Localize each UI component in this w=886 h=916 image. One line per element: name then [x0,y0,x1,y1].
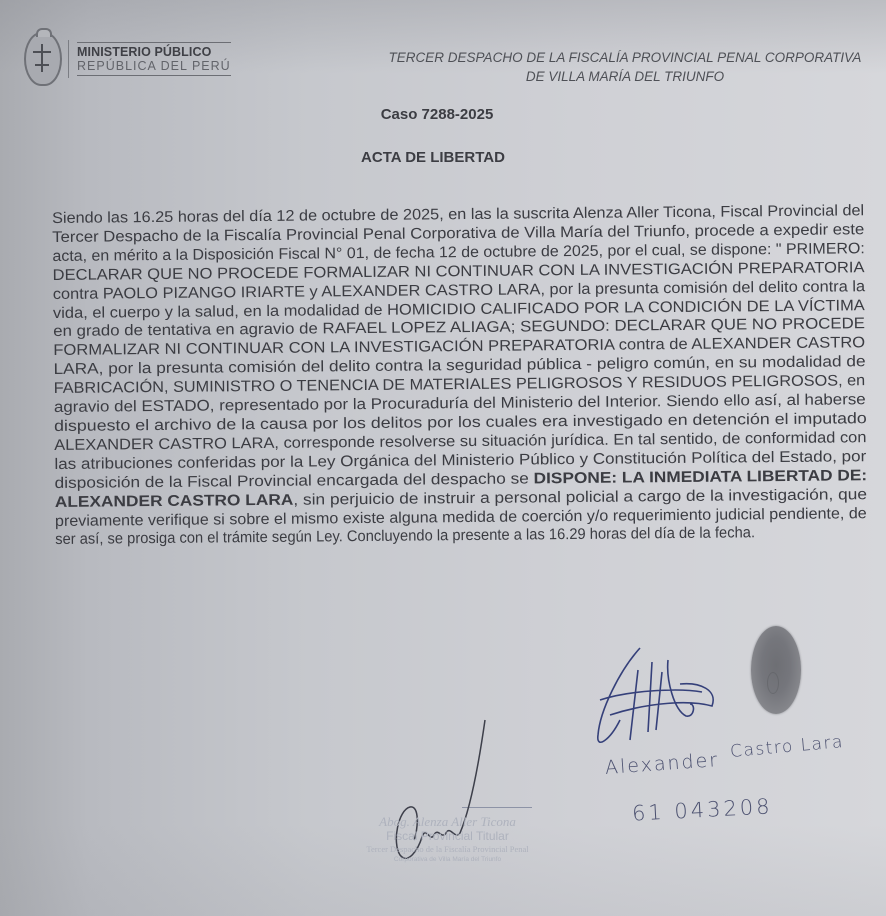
logo-divider [68,40,69,78]
office-line-1: TERCER DESPACHO DE LA FISCALÍA PROVINCIA… [370,48,880,67]
office-heading: TERCER DESPACHO DE LA FISCALÍA PROVINCIA… [370,48,880,86]
fiscal-stamp: Abog. Alenza Aller Ticona Fiscal Provinc… [355,814,540,865]
disposition-bold: DISPONE: LA INMEDIATA LIBERTAD DE: [534,467,868,487]
disposition-text: disposición de la Fiscal Provincial enca… [55,470,534,492]
scales-of-justice-emblem-icon [24,32,62,86]
institution-name: MINISTERIO PÚBLICO [77,45,231,59]
document-body: Siendo las 16.25 horas del día 12 de oct… [52,202,873,550]
imputado-signature [590,640,740,750]
case-number: Caso 7288-2025 [0,106,886,123]
institution-logo: MINISTERIO PÚBLICO REPÚBLICA DEL PERÚ [24,32,231,86]
fingerprint-mark [751,626,801,714]
stamp-position: Fiscal Provincial Titular [355,829,540,843]
handwritten-last-name: Castro Lara [729,732,844,762]
handwritten-first-name: Alexander [604,749,719,779]
stamp-office-2: Corporativa de Villa María del Triunfo [355,855,540,865]
handwritten-dni: 61 043208 [631,794,773,825]
office-line-2: DE VILLA MARÍA DEL TRIUNFO [370,67,880,86]
institution-country: REPÚBLICA DEL PERÚ [77,59,231,73]
logo-text: MINISTERIO PÚBLICO REPÚBLICA DEL PERÚ [77,42,231,76]
stamp-name: Abog. Alenza Aller Ticona [355,814,540,829]
released-person-name: ALEXANDER CASTRO LARA [55,491,294,510]
stamp-office: Tercer Despacho de la Fiscalía Provincia… [355,843,540,855]
document-title: ACTA DE LIBERTAD [0,149,886,166]
